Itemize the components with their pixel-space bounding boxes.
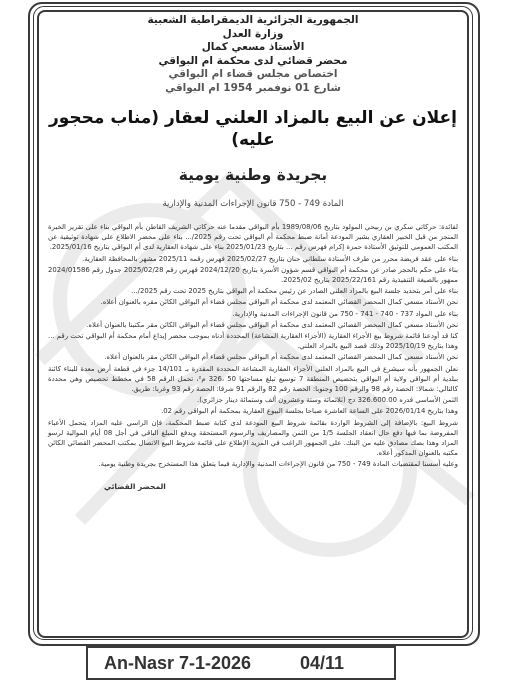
body-paragraph: نحن الأستاذ مسعي كمال المحضر القضائي الم… xyxy=(48,352,458,362)
notice-content: الجمهورية الجزائرية الديمقراطية الشعبية … xyxy=(44,14,462,491)
publication-footer: An-Nasr 7-1-2026 04/11 xyxy=(86,646,396,680)
jurisdiction: اختصاص مجلس قضاء ام البواقي xyxy=(44,68,462,82)
office-address: شارع 01 نوفمبر 1954 ام البواقي xyxy=(44,82,462,96)
ministry-header: وزارة العدل xyxy=(44,28,462,42)
body-paragraph: بناء على المواد 737 - 740 - 741 - 750 من… xyxy=(48,309,458,319)
body-paragraph: وعليه أسسنا لمقتضيات المادة 749 - 750 من… xyxy=(48,459,458,469)
body-paragraph: نعلن الجمهور بأنه سيشرع في البيع بالمزاد… xyxy=(48,364,458,395)
bailiff-title: محضر قضائي لدى محكمة ام البواقي xyxy=(44,55,462,69)
publication-date: An-Nasr 7-1-2026 xyxy=(104,653,251,674)
bailiff-name: الأستاذ مسعي كمال xyxy=(44,41,462,55)
notice-body: لفائدة: حركاتي سكري بن ربيحي المولود بتا… xyxy=(44,222,462,470)
body-paragraph: لفائدة: حركاتي سكري بن ربيحي المولود بتا… xyxy=(48,222,458,253)
body-paragraph: بناء على حكم بالحجر صادر عن محكمة أم الب… xyxy=(48,265,458,285)
body-paragraph: بناء على أمر بتحديد جلسة البيع بالمزاد ا… xyxy=(48,286,458,296)
page-reference: 04/11 xyxy=(300,653,344,674)
body-paragraph: كنا قد أودعنا قائمة شروط بيع الأجزاء الع… xyxy=(48,331,458,351)
notice-title: إعلان عن البيع بالمزاد العلني لعقار (منا… xyxy=(44,107,462,151)
body-paragraph: نحن الأستاذ مسعي كمال المحضر القضائي الم… xyxy=(48,297,458,307)
republic-header: الجمهورية الجزائرية الديمقراطية الشعبية xyxy=(44,14,462,28)
body-paragraph: الثمن الأساسي قدره 326.600.00 دج (ثلاثما… xyxy=(48,395,458,405)
body-paragraph: شروط البيع: بالإضافة إلى الشروط الواردة … xyxy=(48,418,458,459)
notice-subtitle: بجريدة وطنية يومية xyxy=(44,165,462,185)
legal-reference: المادة 749 - 750 قانون الإجراءات المدنية… xyxy=(44,199,462,210)
signature: المحضر القضائي xyxy=(44,482,462,491)
body-paragraph: بناء على عقد فريضة محرر من طرف الأستاذة … xyxy=(48,254,458,264)
body-paragraph: وهذا بتاريخ 2026/01/14 على الساعة العاشر… xyxy=(48,406,458,416)
body-paragraph: نحن الأستاذ مسعي كمال المحضر القضائي الم… xyxy=(48,320,458,330)
